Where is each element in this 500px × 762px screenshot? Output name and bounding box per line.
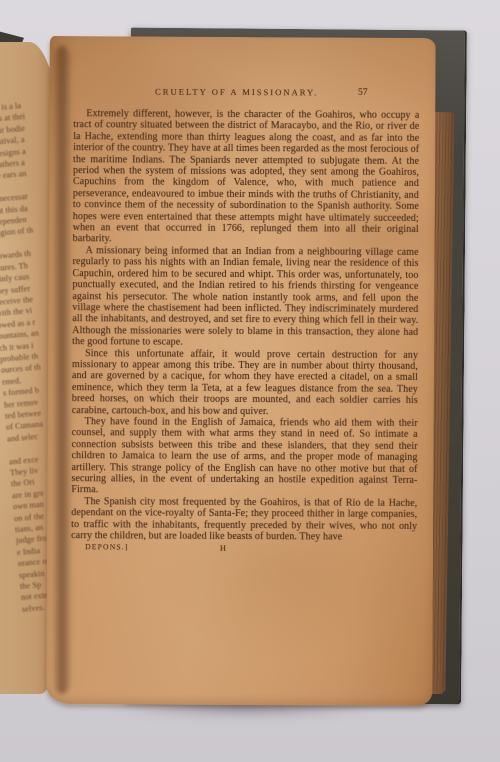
page-footer: DEPONS.] H (71, 543, 417, 557)
author-catchword: DEPONS.] (85, 543, 129, 552)
running-header: CRUELTY OF A MISSIONARY. 57 (73, 86, 419, 102)
paragraph: Since this unfortunate affair, it would … (72, 348, 418, 418)
paragraph: The Spanish city most frequented by the … (71, 496, 417, 543)
gutter-shadow (52, 46, 72, 694)
paragraph: A missionary being informed that an Indi… (72, 245, 419, 349)
paragraph: They have found in the English of Jamaic… (71, 416, 417, 498)
paragraph: Extremely different, however, is the cha… (73, 108, 420, 247)
body-text: Extremely different, however, is the cha… (71, 108, 419, 543)
photo-of-open-book: day. It is a la arrives at thei m their … (0, 0, 500, 762)
book-page: CRUELTY OF A MISSIONARY. 57 Extremely di… (46, 36, 435, 706)
signature-mark: H (220, 543, 226, 553)
text-column: CRUELTY OF A MISSIONARY. 57 Extremely di… (71, 86, 419, 556)
page-number: 57 (358, 88, 368, 98)
chapter-running-title: CRUELTY OF A MISSIONARY. (155, 87, 318, 98)
